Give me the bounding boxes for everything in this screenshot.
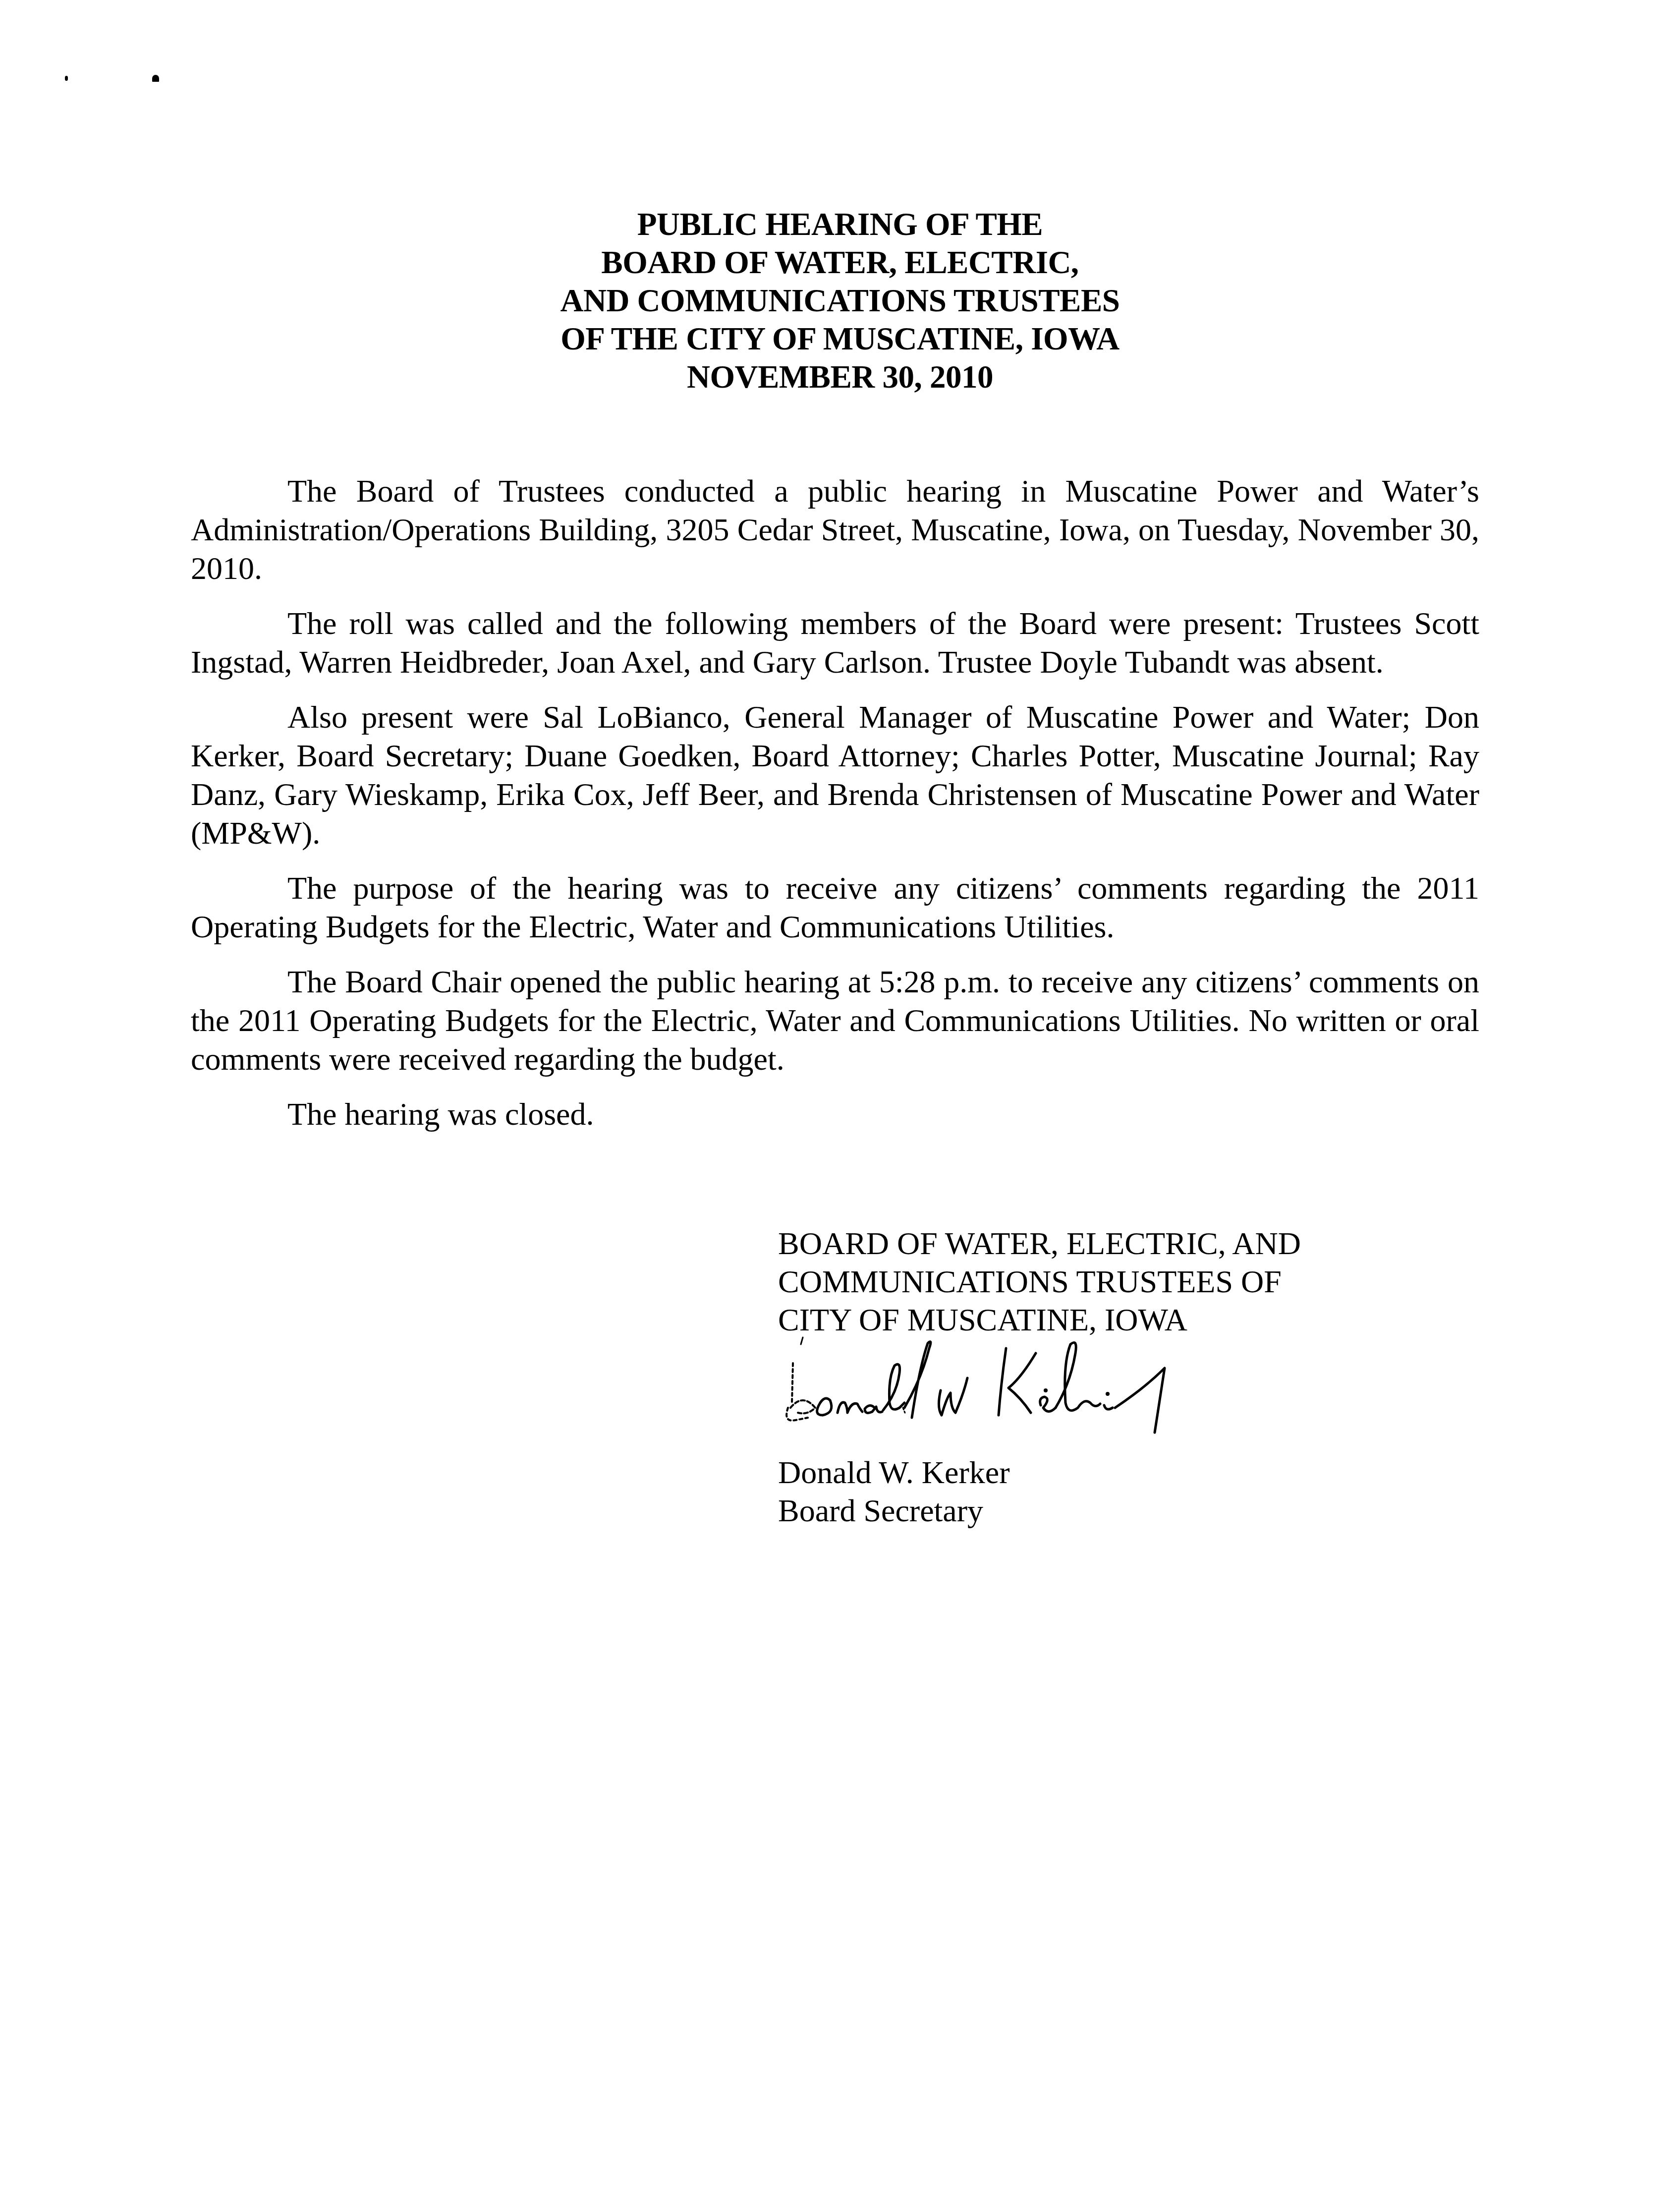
paragraph-roll-call: The roll was called and the following me… (191, 604, 1479, 682)
title-line: PUBLIC HEARING OF THE (0, 206, 1680, 244)
paragraph-location: The Board of Trustees conducted a public… (191, 472, 1479, 588)
signer-name: Donald W. Kerker (778, 1453, 1009, 1492)
document-body: The Board of Trustees conducted a public… (191, 472, 1479, 1150)
org-line: BOARD OF WATER, ELECTRIC, AND (778, 1224, 1301, 1263)
paragraph-hearing-closed: The hearing was closed. (191, 1095, 1479, 1134)
paragraph-also-present: Also present were Sal LoBianco, General … (191, 698, 1479, 853)
paragraph-hearing-opened: The Board Chair opened the public hearin… (191, 963, 1479, 1079)
scan-speck (65, 76, 68, 81)
signature-block-organization: BOARD OF WATER, ELECTRIC, AND COMMUNICAT… (778, 1224, 1301, 1339)
scan-speck (152, 75, 159, 82)
title-line: BOARD OF WATER, ELECTRIC, (0, 244, 1680, 282)
title-date: NOVEMBER 30, 2010 (0, 358, 1680, 397)
org-line: COMMUNICATIONS TRUSTEES OF (778, 1263, 1301, 1301)
signer: Donald W. Kerker Board Secretary (778, 1453, 1009, 1530)
document-title: PUBLIC HEARING OF THE BOARD OF WATER, EL… (0, 206, 1680, 397)
handwritten-signature-icon (773, 1333, 1269, 1437)
signer-title: Board Secretary (778, 1492, 1009, 1530)
title-line: AND COMMUNICATIONS TRUSTEES (0, 282, 1680, 320)
paragraph-purpose: The purpose of the hearing was to receiv… (191, 869, 1479, 946)
title-line: OF THE CITY OF MUSCATINE, IOWA (0, 320, 1680, 358)
